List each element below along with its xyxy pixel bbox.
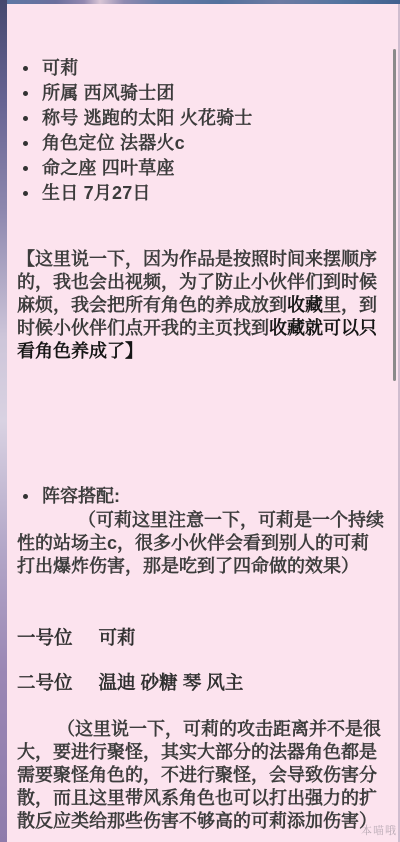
profile-item-affiliation: 所属 西风骑士团 [17, 81, 385, 106]
background-left-strip [0, 0, 7, 842]
profile-item-name: 可莉 [17, 56, 385, 81]
bullet-icon [23, 141, 28, 146]
lineup-tip-paragraph: （这里说一下，可莉的攻击距离并不是很大，要进行聚怪，其实大部分的法器角色都是需要… [17, 718, 385, 833]
article-card: 可莉 所属 西风骑士团 称号 逃跑的太阳 火花骑士 角色定位 法器火c 命之座 … [7, 4, 400, 842]
intro-emphasis: 收藏 [287, 295, 323, 315]
profile-item-text: 生日 7月27日 [42, 183, 151, 203]
profile-item-constellation: 命之座 四叶草座 [17, 156, 385, 181]
scrollbar-thumb[interactable] [393, 49, 396, 381]
profile-item-text: 可莉 [42, 58, 78, 78]
lineup-slot-2: 二号位温迪 砂糖 琴 风主 [17, 670, 385, 695]
watermark-text: 本喵哦 [361, 822, 397, 838]
slot-label: 二号位 [17, 672, 73, 693]
bullet-icon [23, 66, 28, 71]
profile-item-text: 命之座 四叶草座 [42, 158, 175, 178]
lineup-note-paragraph: （可莉这里注意一下，可莉是一个持续性的站场主c，很多小伙伴会看到别人的可莉打出爆… [17, 509, 385, 578]
slot-value: 温迪 砂糖 琴 风主 [99, 672, 244, 693]
bullet-icon [23, 494, 28, 499]
profile-item-text: 所属 西风骑士团 [42, 83, 175, 103]
profile-item-text: 称号 逃跑的太阳 火花骑士 [42, 108, 253, 128]
lineup-heading: 阵容搭配: [17, 484, 385, 509]
slot-label: 一号位 [17, 627, 73, 648]
profile-bullet-list: 可莉 所属 西风骑士团 称号 逃跑的太阳 火花骑士 角色定位 法器火c 命之座 … [17, 56, 385, 206]
slot-value: 可莉 [99, 627, 136, 648]
lineup-slot-1: 一号位可莉 [17, 625, 385, 650]
profile-item-role: 角色定位 法器火c [17, 131, 385, 156]
bullet-icon [23, 191, 28, 196]
intro-paragraph: 【这里说一下，因为作品是按照时间来摆顺序的，我也会出视频，为了防止小伙伴们到时候… [17, 248, 385, 363]
bullet-icon [23, 91, 28, 96]
lineup-heading-text: 阵容搭配: [42, 486, 120, 506]
bullet-icon [23, 116, 28, 121]
profile-item-birthday: 生日 7月27日 [17, 181, 385, 206]
profile-item-title: 称号 逃跑的太阳 火花骑士 [17, 106, 385, 131]
bullet-icon [23, 166, 28, 171]
profile-item-text: 角色定位 法器火c [42, 133, 185, 153]
